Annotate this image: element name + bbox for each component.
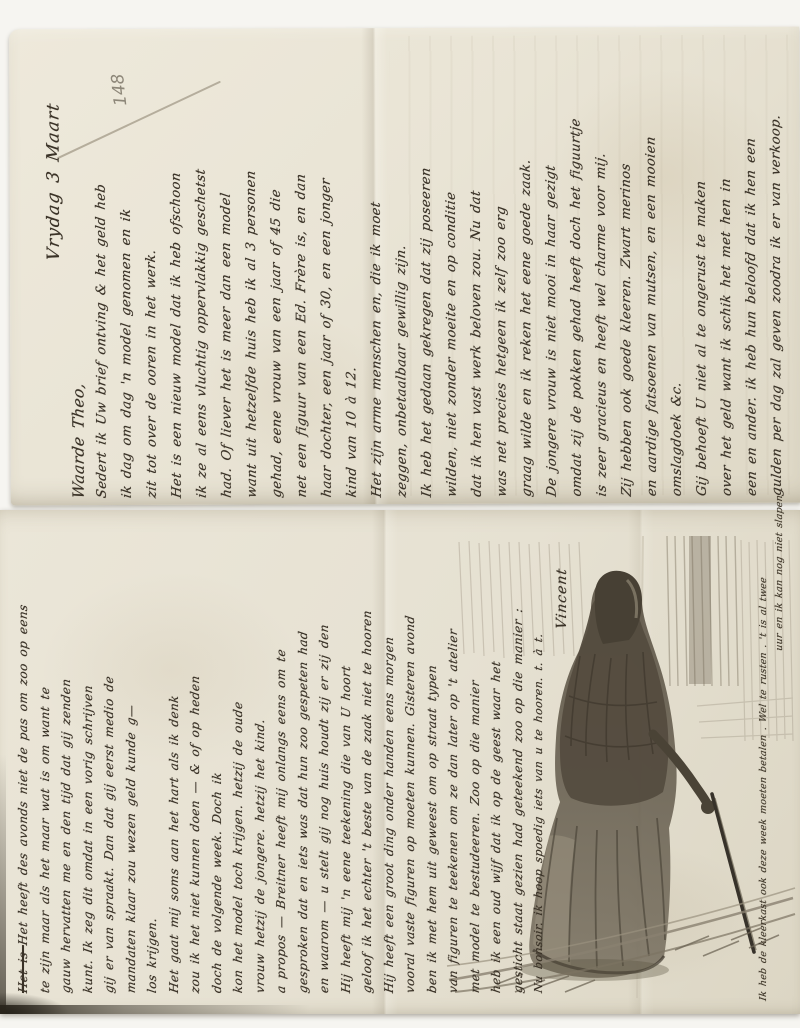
salutation-line: Waarde Theo, xyxy=(69,382,87,500)
handwritten-line: Het zijn arme menschen en, die ik moet xyxy=(369,201,385,499)
handwritten-line: Het is een nieuw model dat ik heb ofscho… xyxy=(169,171,185,499)
handwritten-line: is zeer gracieus en heeft wel charme voo… xyxy=(594,152,610,498)
letter-top-sheet: 148 Vrydag 3 MaartWaarde Theo,Sedert ik … xyxy=(9,27,800,506)
handwritten-line: ik ze al eens vluchtig oppervlakkig gesc… xyxy=(194,168,210,499)
letter-scan: 148 Vrydag 3 MaartWaarde Theo,Sedert ik … xyxy=(0,0,800,1028)
margin-note: Ik heb de kleerkast ook deze week moeten… xyxy=(0,510,800,1014)
handwritten-line: want uit hetzelfde huis heb ik al 3 pers… xyxy=(244,170,260,499)
handwritten-line: en aardige fatsoenen van mutsen, en een … xyxy=(644,135,660,497)
handwritten-line: zeggen, onbetaalbaar gewillig zijn. xyxy=(394,244,410,498)
handwritten-line: uur en ik kan nog niet slapen . xyxy=(774,486,785,651)
handwritten-line: dat ik hen vast werk beloven zou. Nu dat xyxy=(469,189,485,497)
handwritten-line: net een figuur van een Ed. Frère is, en … xyxy=(294,173,310,499)
handwritten-line: over het geld want ik schik het met hen … xyxy=(719,177,735,497)
handwritten-line: haar dochter, een jaar of 30, en een jon… xyxy=(319,177,335,498)
handwritten-line: gehad, eene vrouw van een jaar of 45 die xyxy=(269,188,285,498)
handwritten-line: graag wilde en ik reken het eene goede z… xyxy=(519,158,535,497)
handwritten-line: Sedert ik Uw brief ontving & het geld he… xyxy=(94,183,110,499)
handwritten-line: omdat zij de pokken gehad heeft doch het… xyxy=(568,117,584,497)
handwritten-line: De jongere vrouw is niet mooi in haar ge… xyxy=(544,164,560,497)
handwritten-line: had. Of liever het is meer dan een model xyxy=(219,192,235,499)
handwritten-line: wilden, niet zonder moeite en op conditi… xyxy=(444,191,460,498)
handwritten-line: Zij hebben ook goede kleeren. Zwart meri… xyxy=(619,162,635,497)
handwritten-line: kind van 10 à 12. xyxy=(344,366,359,499)
handwritten-line: zit tot over de ooren in het werk. xyxy=(144,248,160,498)
handwritten-line: Ik heb het gedaan gekregen dat zij posee… xyxy=(419,166,435,498)
handwritten-line: omslagdoek &c. xyxy=(669,381,684,497)
paper-corner-shadow xyxy=(0,992,70,1014)
handwritten-line: Gij behoeft U niet al te ongerust te mak… xyxy=(694,180,710,497)
handwritten-line: een en ander. ik heb hun beloofd dat ik … xyxy=(744,137,760,497)
letter-bottom-sheet: Old woman in a dark hooded shawl and lon… xyxy=(0,510,800,1014)
handwritten-line: was net precies hetgeen ik zelf zoo erg xyxy=(494,205,510,498)
handwritten-line: Ik heb de kleerkast ook deze week moeten… xyxy=(758,576,769,1001)
handwritten-line: ik dag om dag 'n model genomen en ik xyxy=(119,208,135,499)
top-sheet-text: Vrydag 3 MaartWaarde Theo,Sedert ik Uw b… xyxy=(9,27,800,506)
date-line: Vrydag 3 Maart xyxy=(43,101,64,262)
handwritten-line: gulden per dag zal geven zoodra ik er va… xyxy=(768,114,784,497)
paper-edge-shadow xyxy=(0,754,6,1014)
